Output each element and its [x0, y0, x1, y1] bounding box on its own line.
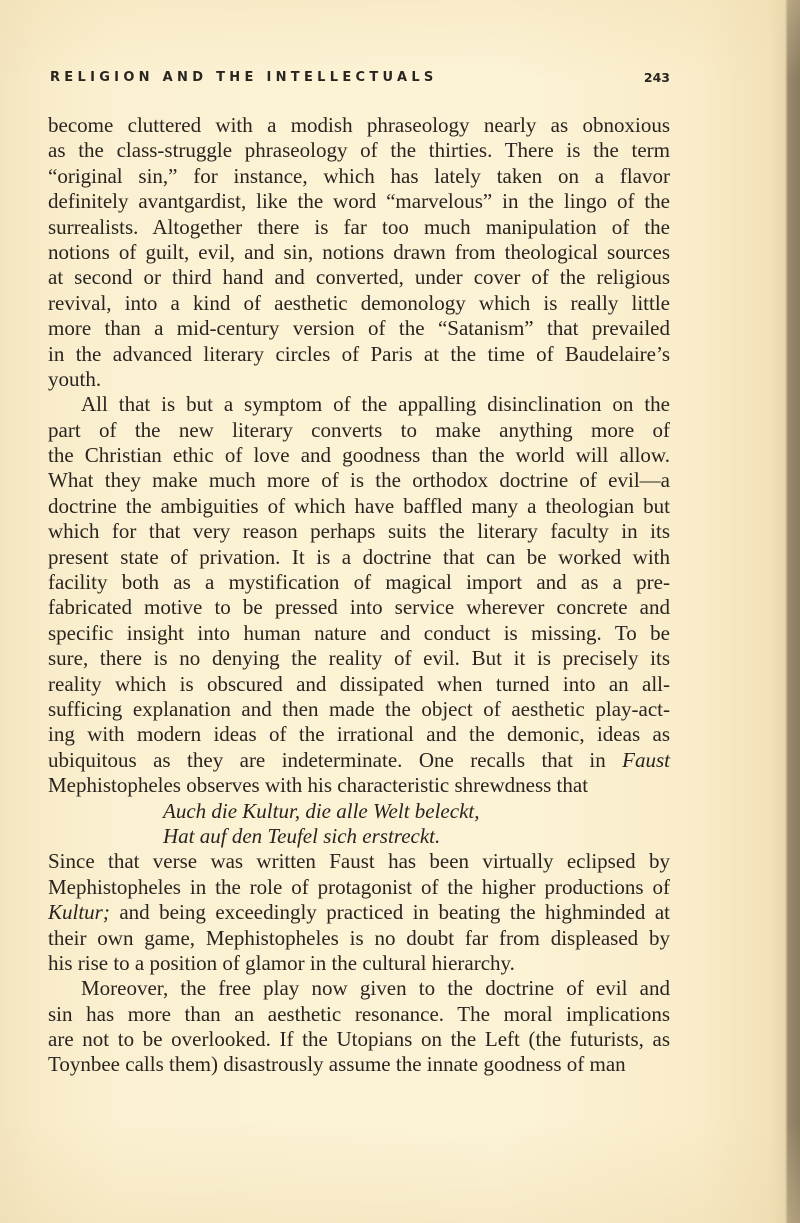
text-line: Mephistopheles observes with his charact… — [48, 773, 670, 798]
text-line: part of the new literary converts to mak… — [48, 418, 670, 443]
text-line: surrealists. Altogether there is far too… — [48, 215, 670, 240]
text-line: the Christian ethic of love and goodness… — [48, 443, 670, 468]
text-line: specific insight into human nature and c… — [48, 621, 670, 646]
text-line: youth. — [48, 367, 670, 392]
text-line: sufficing explanation and then made the … — [48, 697, 670, 722]
text-line: ing with modern ideas of the irrational … — [48, 722, 670, 747]
text-line: reality which is obscured and dissipated… — [48, 672, 670, 697]
text-line: his rise to a position of glamor in the … — [48, 951, 670, 976]
text-line: are not to be overlooked. If the Utopian… — [48, 1027, 670, 1052]
text-line-with-italic: ubiquitous as they are indeterminate. On… — [48, 748, 670, 773]
text-line: revival, into a kind of aesthetic demono… — [48, 291, 670, 316]
text-line: sin has more than an aesthetic resonance… — [48, 1002, 670, 1027]
italic-title-faust: Faust — [622, 748, 670, 772]
text-run: ubiquitous as they are indeterminate. On… — [48, 748, 606, 772]
paragraph-3: Since that verse was written Faust has b… — [48, 849, 670, 976]
text-line: their own game, Mephistopheles is no dou… — [48, 926, 670, 951]
text-line: notions of guilt, evil, and sin, notions… — [48, 240, 670, 265]
paragraph-1: become cluttered with a modish phraseolo… — [48, 113, 670, 392]
running-title: RELIGION AND THE INTELLECTUALS — [50, 70, 438, 85]
text-line: more than a mid-century version of the “… — [48, 316, 670, 341]
verse-quotation: Auch die Kultur, die alle Welt beleckt, … — [48, 799, 670, 850]
text-line: present state of privation. It is a doct… — [48, 545, 670, 570]
verse-line: Auch die Kultur, die alle Welt beleckt, — [48, 799, 670, 824]
text-line: Toynbee calls them) disastrously assume … — [48, 1052, 670, 1077]
paragraph-4: Moreover, the free play now given to the… — [48, 976, 670, 1078]
text-line-with-italic: Kultur; and being exceedingly practiced … — [48, 900, 670, 925]
body-text: become cluttered with a modish phraseolo… — [48, 113, 670, 1078]
text-line: definitely avantgardist, like the word “… — [48, 189, 670, 214]
text-line: Mephistopheles in the role of protagonis… — [48, 875, 670, 900]
text-line: at second or third hand and converted, u… — [48, 265, 670, 290]
text-line: facility both as a mystification of magi… — [48, 570, 670, 595]
text-line: Moreover, the free play now given to the… — [48, 976, 670, 1001]
italic-word-kultur: Kultur; — [48, 900, 110, 924]
text-line: become cluttered with a modish phraseolo… — [48, 113, 670, 138]
text-run: and being exceedingly practiced in beati… — [119, 900, 670, 924]
text-line: All that is but a symptom of the appalli… — [48, 392, 670, 417]
page-number: 243 — [644, 70, 670, 85]
text-line: as the class-struggle phraseology of the… — [48, 138, 670, 163]
paragraph-2: All that is but a symptom of the appalli… — [48, 392, 670, 798]
text-line: sure, there is no denying the reality of… — [48, 646, 670, 671]
text-line: in the advanced literary circles of Pari… — [48, 342, 670, 367]
text-line: Since that verse was written Faust has b… — [48, 849, 670, 874]
text-line: What they make much more of is the ortho… — [48, 468, 670, 493]
text-line: fabricated motive to be pressed into ser… — [48, 595, 670, 620]
running-header: RELIGION AND THE INTELLECTUALS 243 — [50, 70, 670, 90]
text-line: which for that very reason perhaps suits… — [48, 519, 670, 544]
verse-line: Hat auf den Teufel sich erstreckt. — [48, 824, 670, 849]
text-line: doctrine the ambiguities of which have b… — [48, 494, 670, 519]
text-line: “original sin,” for instance, which has … — [48, 164, 670, 189]
